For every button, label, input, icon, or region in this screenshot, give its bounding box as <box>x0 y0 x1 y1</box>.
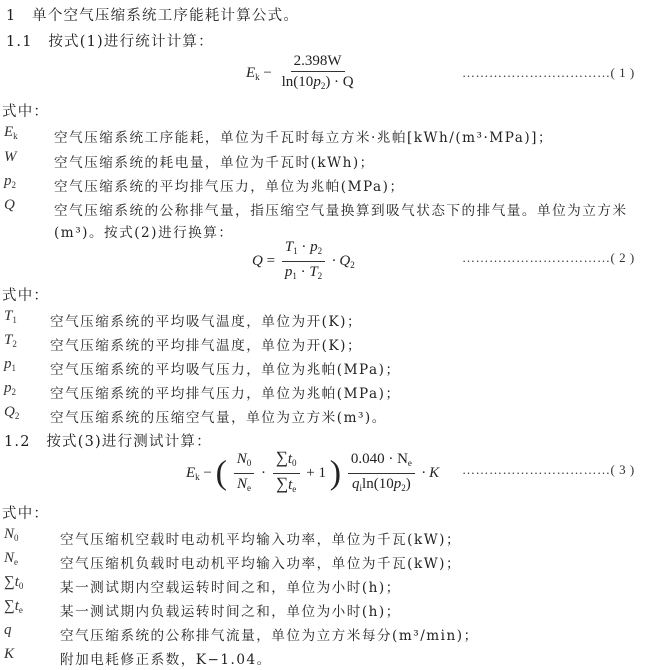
denominator: qiln(10p2) <box>349 474 414 497</box>
formula-operator: = <box>267 253 275 269</box>
dots: …………………………… <box>462 462 611 477</box>
symbol: T <box>285 239 293 255</box>
subscript: 0 <box>14 533 19 543</box>
left-paren: ( <box>216 455 227 492</box>
denominator-symbol: p <box>313 74 321 90</box>
operator: · <box>261 465 266 481</box>
denominator-part: ln(10 <box>282 74 314 90</box>
var-description: 空气压缩系统的压缩空气量，单位为立方米(m³)。 <box>50 406 387 426</box>
where-label: 式中： <box>2 502 49 523</box>
formula-symbol: E <box>246 65 255 81</box>
formula-3: Ek − ( N0 Ne · ∑t0 ∑te + 1 ) 0.040 · Ne … <box>186 449 439 498</box>
subsection-heading-1-1: 1.1 按式(1)进行统计计算： <box>6 30 214 51</box>
var-symbol: p1 <box>4 356 16 373</box>
var-symbol: Ek <box>4 124 18 141</box>
operator: + 1 <box>306 465 326 481</box>
fraction: T1 · p2 p1 · T2 <box>282 238 325 285</box>
var-description: 空气压缩系统的公称排气流量，单位为立方米每分(m³/min)； <box>60 624 479 644</box>
equation-number: ( 1 ) <box>611 65 635 80</box>
where-label: 式中： <box>2 284 49 305</box>
var-symbol: Ne <box>4 550 18 567</box>
leader-dots: ……………………………( 1 ) <box>462 65 635 81</box>
denominator-part: ) <box>406 476 411 492</box>
var-symbol: T2 <box>4 332 17 349</box>
subscript: 2 <box>318 246 323 256</box>
section-heading: 1 单个空气压缩系统工序能耗计算公式。 <box>6 4 299 25</box>
subscript: k <box>13 131 18 141</box>
var-symbol: p2 <box>4 380 16 397</box>
formula-tail: · Q <box>332 253 350 269</box>
fraction: ∑t0 ∑te <box>273 449 300 498</box>
symbol: Q <box>4 197 15 213</box>
symbol: ∑t <box>4 598 19 614</box>
var-description: 某一测试期内空载运转时间之和，单位为小时(h)； <box>60 576 401 596</box>
symbol: p <box>4 173 12 189</box>
symbol: T <box>309 264 317 280</box>
symbol: p <box>4 356 12 372</box>
numerator: 2.398W <box>291 52 345 72</box>
numerator: 0.040 · Ne <box>348 450 415 474</box>
subscript: 2 <box>12 339 17 349</box>
where-label: 式中： <box>2 100 49 121</box>
var-symbol: K <box>4 646 14 663</box>
symbol: E <box>4 124 13 140</box>
var-description: 空气压缩系统的平均吸气压力，单位为兆帕(MPa)； <box>50 358 401 378</box>
formula-1: Ek − 2.398W ln(10p2) · Q <box>246 52 360 95</box>
leader-dots: ……………………………( 3 ) <box>462 462 635 478</box>
var-description: 空气压缩系统的平均吸气温度，单位为开(K)； <box>50 310 362 330</box>
formula-symbol: E <box>186 465 195 481</box>
var-symbol: p2 <box>4 173 16 190</box>
denominator-part: ln(10 <box>362 476 394 492</box>
denominator: Ne <box>234 474 254 497</box>
subscript: e <box>19 605 23 615</box>
numerator-text: 0.040 · N <box>351 451 408 467</box>
operator: · <box>298 239 311 255</box>
numerator: N0 <box>234 450 255 474</box>
numerator: ∑t0 <box>273 449 300 474</box>
var-description: 空气压缩机负载时电动机平均输入功率，单位为千瓦(kW)； <box>60 552 461 572</box>
var-description: 空气压缩系统的耗电量，单位为千瓦时(kWh)； <box>54 151 375 171</box>
symbol: q <box>352 476 360 492</box>
operator: · <box>297 264 310 280</box>
symbol: N <box>4 550 14 566</box>
sigma: ∑ <box>276 448 288 467</box>
subscript: 2 <box>318 271 323 281</box>
denominator: ln(10p2) · Q <box>279 72 357 95</box>
subscript: 2 <box>12 180 17 190</box>
denominator: p1 · T2 <box>282 262 325 285</box>
var-description: 附加电耗修正系数，K−1.04。 <box>60 648 272 668</box>
var-symbol: q <box>4 622 12 639</box>
denominator: ∑te <box>273 474 299 498</box>
symbol: q <box>4 622 12 638</box>
var-description: 某一测试期内负载运转时间之和，单位为小时(h)； <box>60 600 401 620</box>
symbol: N <box>4 526 14 542</box>
subscript: 1 <box>12 363 17 373</box>
fraction: N0 Ne <box>234 450 255 497</box>
subscript: 0 <box>247 458 252 468</box>
var-symbol: Q2 <box>4 404 19 421</box>
symbol: Q <box>4 404 15 420</box>
var-symbol: ∑t0 <box>4 574 23 591</box>
subscript: 0 <box>19 581 24 591</box>
var-symbol: T1 <box>4 308 17 325</box>
leader-dots: ……………………………( 2 ) <box>462 250 635 266</box>
subsection-heading-1-2: 1.2 按式(3)进行测试计算： <box>4 430 212 451</box>
var-description: 空气压缩系统的公称排气量，指压缩空气量换算到吸气状态下的排气量。单位为立方米 <box>54 199 628 219</box>
formula-2: Q = T1 · p2 p1 · T2 · Q2 <box>252 238 355 285</box>
formula-operator: − <box>200 465 212 481</box>
var-symbol: ∑te <box>4 598 23 615</box>
subscript: e <box>14 557 18 567</box>
fraction: 0.040 · Ne qiln(10p2) <box>348 450 415 497</box>
symbol: p <box>310 239 318 255</box>
subscript: 2 <box>15 411 20 421</box>
symbol: ∑t <box>4 574 19 590</box>
subscript: 2 <box>12 387 17 397</box>
var-symbol: W <box>4 149 17 166</box>
var-description: 空气压缩系统的平均排气压力，单位为兆帕(MPa)； <box>50 382 401 402</box>
symbol: W <box>4 149 17 165</box>
subscript: e <box>292 484 296 494</box>
var-description-continuation: (m³)。按式(2)进行换算： <box>54 221 233 241</box>
denominator-part: ) · Q <box>325 74 353 90</box>
var-description: 空气压缩系统的平均排气压力，单位为兆帕(MPa)； <box>54 175 405 195</box>
dots: …………………………… <box>462 65 611 80</box>
subscript: e <box>408 458 412 468</box>
equation-number: ( 3 ) <box>611 462 635 477</box>
equation-number: ( 2 ) <box>611 250 635 265</box>
fraction: 2.398W ln(10p2) · Q <box>279 52 357 95</box>
sigma: ∑ <box>276 474 288 493</box>
right-paren: ) <box>330 455 341 492</box>
symbol: N <box>237 451 247 467</box>
subscript: 0 <box>292 458 297 468</box>
numerator: T1 · p2 <box>282 238 325 262</box>
formula-symbol: Q <box>252 253 263 269</box>
formula-tail: · K <box>422 465 440 481</box>
symbol: N <box>237 476 247 492</box>
subscript: 2 <box>350 260 355 270</box>
var-description: 空气压缩系统的平均排气温度，单位为开(K)； <box>50 334 362 354</box>
formula-operator: − <box>260 65 272 81</box>
subscript: 1 <box>12 315 17 325</box>
dots: …………………………… <box>462 250 611 265</box>
symbol: K <box>4 646 14 662</box>
symbol: p <box>4 380 12 396</box>
var-symbol: Q <box>4 197 15 214</box>
subscript: e <box>247 483 251 493</box>
var-description: 空气压缩机空载时电动机平均输入功率，单位为千瓦(kW)； <box>60 528 461 548</box>
var-description: 空气压缩系统工序能耗，单位为千瓦时每立方米·兆帕[kWh/(m³·MPa)]； <box>54 126 553 146</box>
var-symbol: N0 <box>4 526 19 543</box>
